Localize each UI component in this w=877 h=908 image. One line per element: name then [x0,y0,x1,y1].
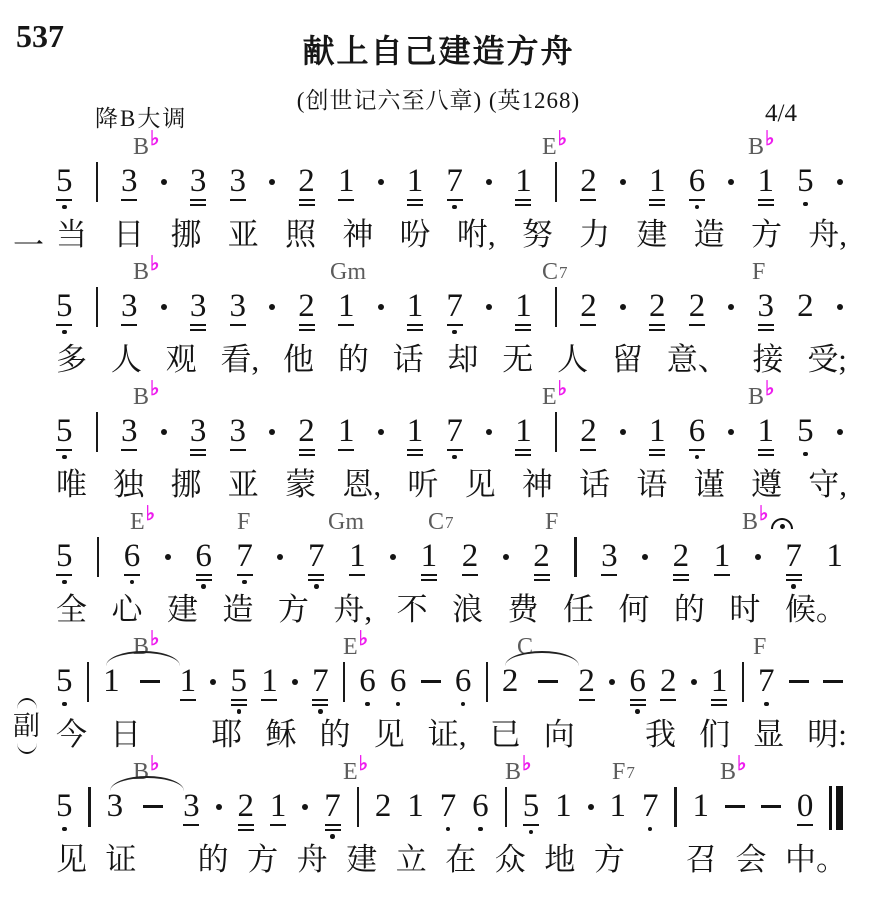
underline [407,329,423,331]
time-signature: 4/4 [765,100,797,128]
duration-dot [728,304,734,310]
underline [407,324,423,326]
chord-flat-icon: ♭ [759,503,768,525]
note: 2 [298,164,315,206]
underline-group [689,449,705,451]
lyric-syllable: 无 [502,341,533,379]
chord-root: B [133,384,149,410]
underline-group [649,449,665,456]
lyric-syllable: 们 [699,716,730,754]
underline [407,199,423,201]
octave-dot [62,702,67,707]
note: 3 [183,789,200,826]
lyric-syllable: 力 [579,216,610,254]
underline [121,449,137,451]
underline [797,824,813,826]
lyric-syllable: 方 [594,841,625,879]
note-number: 1 [407,164,424,198]
underline-group [523,824,539,826]
note-number: 6 [629,664,646,698]
lyric-syllable: 却 [447,341,478,379]
underline [338,449,354,451]
note-number: 3 [229,414,246,448]
octave-dot [791,584,796,589]
underline [534,574,550,576]
dash-note [823,680,843,683]
underline [580,199,596,201]
lyric-syllable: 建 [167,591,198,629]
note-number: 2 [673,539,690,573]
duration-dot [486,304,492,310]
duration-dot [390,554,396,560]
note-number: 6 [472,789,489,823]
chord-root: F [545,509,558,535]
underline-group [758,324,774,331]
lyric-syllable: 努 [522,216,553,254]
chord-root: B [748,384,764,410]
duration-dot [503,554,509,560]
duration-dot [378,304,384,310]
note: 3 [758,289,775,331]
underline [580,324,596,326]
refrain-label: 副 [13,709,40,743]
underline [349,574,365,576]
octave-dot [365,702,370,707]
chord-row: B♭E♭B♭ [0,384,877,412]
chord-flat-icon: ♭ [765,378,774,400]
octave-dot [803,452,808,457]
note-number: 2 [578,664,595,698]
note-number: 2 [580,164,597,198]
underline-group [649,199,665,206]
barline [357,787,359,827]
note-number: 5 [56,414,73,448]
underline [190,449,206,451]
lyric-spacer [155,841,179,879]
note-number: 6 [359,664,376,698]
underline [660,699,676,701]
note-number: 1 [515,289,532,323]
octave-dot [62,330,67,335]
note: 2 [660,664,677,701]
barline [555,162,557,202]
underline-group [183,824,199,826]
lyric-syllable: 观 [166,341,197,379]
hymn-sheet: 537 献上自己建造方舟 (创世记六至八章) (英1268) 降B大调 4/4 … [0,0,877,908]
octave-dot [803,202,808,207]
note-number: 7 [446,164,463,198]
barline [505,787,507,827]
note: 2 [462,539,479,576]
lyric-syllable: 日 [113,216,144,254]
underline-group [230,324,246,326]
underline [580,449,596,451]
note-number: 7 [758,664,775,698]
lyric-syllable: 舟, [333,591,372,629]
lyric-row: 今日耶稣的见证,已向我们显明: [56,716,847,754]
chord: B♭ [505,759,531,786]
underline-group [180,699,196,701]
chord-row: B♭E♭B♭ [0,134,877,162]
underline-group [121,449,137,451]
octave-dot [201,584,206,589]
note-number: 2 [375,789,392,823]
chord-root: Gm [328,509,364,535]
note: 3 [190,164,207,206]
note-number: 0 [797,789,814,823]
underline [523,824,539,826]
chord: E♭ [542,134,567,161]
lyric-syllable: 造 [222,591,253,629]
underline [238,829,254,831]
fermata-icon [771,516,795,530]
underline [758,199,774,201]
chord-flat-icon: ♭ [765,128,774,150]
note: 3 [601,539,618,576]
note-number: 7 [642,789,659,823]
octave-dot [461,702,466,707]
note-number: 1 [714,539,731,573]
note: 2 [580,164,597,201]
underline [462,574,478,576]
note: 6 [195,539,212,589]
underline-group [196,574,212,581]
underline [338,324,354,326]
octave-dot [62,205,67,210]
underline [180,699,196,701]
lyric-syllable: 证 [106,841,137,879]
note-number: 6 [455,664,472,698]
lyric-syllable: 人 [557,341,588,379]
underline-group [580,199,596,201]
music-system: B♭E♭B♭53332117121615当日挪亚照神吩咐,努力建造方舟,一 [0,136,877,261]
lyric-syllable: 舟, [808,216,847,254]
barline [574,537,576,577]
duration-dot [728,179,734,185]
note: 5 [797,414,814,456]
chord: F [545,509,558,535]
note: 5 [231,664,248,714]
note: 1 [758,164,775,206]
note: 1 [515,164,532,206]
note: 1 [270,789,287,826]
duration-dot [216,804,222,810]
duration-dot [642,554,648,560]
duration-dot [620,429,626,435]
note-number: 7 [446,414,463,448]
note-number: 2 [237,789,254,823]
note-number: 1 [407,789,424,823]
underline [579,699,595,701]
note: 7 [324,789,341,839]
underline-group [447,199,463,201]
note-number: 3 [183,789,200,823]
underline [689,324,705,326]
underline [758,449,774,451]
underline [230,449,246,451]
note: 3 [190,414,207,456]
note: 5 [56,664,73,706]
dash-note [140,680,160,683]
lyric-row: 见证的方舟建立在众地方召会中。 [56,841,847,879]
octave-dot [452,455,457,460]
underline [121,324,137,326]
underline [237,574,253,576]
lyric-syllable: 见 [465,466,496,504]
note: 7 [308,539,325,589]
lyric-syllable: 看, [220,341,259,379]
note: 7 [785,539,802,589]
underline [534,579,550,581]
chord-flat-icon: ♭ [150,378,159,400]
duration-dot [486,179,492,185]
octave-dot [764,702,769,707]
underline [56,449,72,451]
note-row: 53332117122232 [56,289,843,339]
tie-group: 11 [103,664,196,701]
underline-group [786,574,802,581]
lyric-syllable: 人 [111,341,142,379]
note: 1 [515,289,532,331]
chord-flat-icon: ♭ [558,378,567,400]
duration-dot [378,179,384,185]
underline [325,829,341,831]
note-number: 3 [758,289,775,323]
note: 1 [555,789,572,823]
lyric-syllable: 不 [397,591,428,629]
note-number: 7 [312,664,329,698]
note: 3 [121,289,138,326]
lyric-syllable: 咐, [457,216,496,254]
underline-group [299,199,315,206]
lyric-syllable: 造 [694,216,725,254]
note-number: 5 [231,664,248,698]
underline [649,454,665,456]
underline-group [121,199,137,201]
barline [96,287,98,327]
lyric-syllable: 话 [393,341,424,379]
octave-dot [242,580,247,585]
barline [97,537,99,577]
octave-dot [62,827,67,832]
note: 1 [349,539,366,576]
barline [486,662,488,702]
underline [190,324,206,326]
note-number: 2 [660,664,677,698]
duration-dot [755,554,761,560]
lyric-syllable: 见 [374,716,405,754]
note: 0 [797,789,814,826]
underline [190,199,206,201]
note: 7 [440,789,457,831]
duration-dot [161,179,167,185]
lyric-syllable: 方 [751,216,782,254]
note: 6 [455,664,472,706]
note-row: 53332117121615 [56,414,843,464]
note-number: 1 [261,664,278,698]
underline-group [630,699,646,706]
note-number: 6 [195,539,212,573]
underline [121,199,137,201]
underline-group [407,449,423,456]
note-number: 6 [390,664,407,698]
note-number: 5 [797,164,814,198]
duration-dot [210,679,216,685]
chord: B♭ [133,259,159,286]
lyric-syllable: 的 [674,591,705,629]
lyric-syllable: 语 [636,466,667,504]
refrain-paren-top-icon [17,698,37,709]
lyric-syllable: 受; [807,341,847,379]
lyric-syllable: 中。 [785,841,847,879]
lyric-syllable: 舟 [297,841,328,879]
underline-group [534,574,550,581]
barline [87,662,89,702]
note-number: 1 [649,164,666,198]
underline [758,329,774,331]
note-number: 1 [555,789,572,823]
lyric-syllable: 吩 [400,216,431,254]
underline [447,199,463,201]
octave-dot [318,709,323,714]
dash-note [725,805,745,808]
barline [742,662,744,702]
lyric-syllable: 挪 [171,466,202,504]
music-system: B♭GmC7F53332117122232多人观看,他的话却无人留意、接受; [0,261,877,386]
chord-row: B♭GmC7F [0,259,877,287]
lyric-syllable: 谨 [694,466,725,504]
underline [689,199,705,201]
note: 7 [446,414,463,459]
underline [447,324,463,326]
duration-dot [691,679,697,685]
chord-root: E [130,509,145,535]
dash-note [789,680,809,683]
chord-flat-icon: ♭ [359,628,368,650]
refrain-paren-bottom-icon [17,743,37,754]
note-number: 5 [56,664,73,698]
note: 1 [407,164,424,206]
octave-dot [62,455,67,460]
underline [231,704,247,706]
underline-group [338,324,354,326]
note: 2 [689,289,706,326]
underline [407,204,423,206]
lyric-syllable: 话 [579,466,610,504]
underline-group [270,824,286,826]
note: 5 [56,414,73,459]
lyric-syllable: 当 [56,216,87,254]
lyric-syllable: 神 [342,216,373,254]
underline [338,199,354,201]
lyric-syllable: 召 [686,841,717,879]
chord-root: B [742,509,758,535]
lyric-syllable: 方 [247,841,278,879]
underline-group [447,449,463,451]
note: 1 [338,289,355,326]
note: 3 [121,414,138,451]
octave-dot [452,205,457,210]
underline [711,699,727,701]
underline [515,449,531,451]
note: 1 [649,414,666,456]
lyric-syllable: 独 [113,466,144,504]
underline-group [190,449,206,456]
underline-group [447,324,463,326]
note-number: 7 [308,539,325,573]
underline [515,204,531,206]
barline [96,162,98,202]
note: 2 [237,789,254,831]
duration-dot [620,304,626,310]
lyric-syllable: 全 [56,591,87,629]
underline [299,324,315,326]
note: 2 [797,289,814,323]
note: 1 [338,164,355,201]
note: 2 [649,289,666,331]
note-number: 2 [298,414,315,448]
underline-group [190,324,206,331]
note-number: 1 [693,789,710,823]
note-number: 1 [338,289,355,323]
lyric-spacer [643,841,667,879]
note-number: 2 [580,414,597,448]
underline [515,199,531,201]
underline [515,324,531,326]
underline [238,824,254,826]
lyric-syllable: 耶 [211,716,242,754]
note-number: 1 [515,414,532,448]
note-number: 5 [56,289,73,323]
underline [786,574,802,576]
underline [758,454,774,456]
duration-dot [837,429,843,435]
underline [299,449,315,451]
note-number: 5 [56,789,73,823]
lyric-syllable: 今 [56,716,87,754]
chord: E♭ [343,634,368,661]
note: 1 [610,789,627,823]
dash-note [538,680,558,683]
note: 1 [758,414,775,456]
note: 1 [714,539,731,576]
note: 6 [359,664,376,706]
note: 6 [629,664,646,714]
lyric-syllable: 唯 [56,466,87,504]
lyric-row: 全心建造方舟,不浪费任何的时候。 [56,591,847,629]
chord: B♭ [748,384,774,411]
underline-group [689,324,705,326]
note-number: 3 [121,289,138,323]
lyric-syllable: 他 [283,341,314,379]
underline [649,204,665,206]
lyric-syllable: 接 [753,341,784,379]
chord-extension: 7 [445,513,454,532]
lyric-syllable: 方 [278,591,309,629]
octave-dot [695,205,700,210]
lyric-syllable: 神 [522,466,553,504]
underline [261,699,277,701]
underline [312,699,328,701]
duration-dot [269,179,275,185]
note: 1 [649,164,666,206]
duration-dot [609,679,615,685]
lyric-syllable: 在 [445,841,476,879]
note-number: 3 [229,289,246,323]
lyric-syllable: 费 [508,591,539,629]
duration-dot [161,304,167,310]
chord: B♭ [748,134,774,161]
